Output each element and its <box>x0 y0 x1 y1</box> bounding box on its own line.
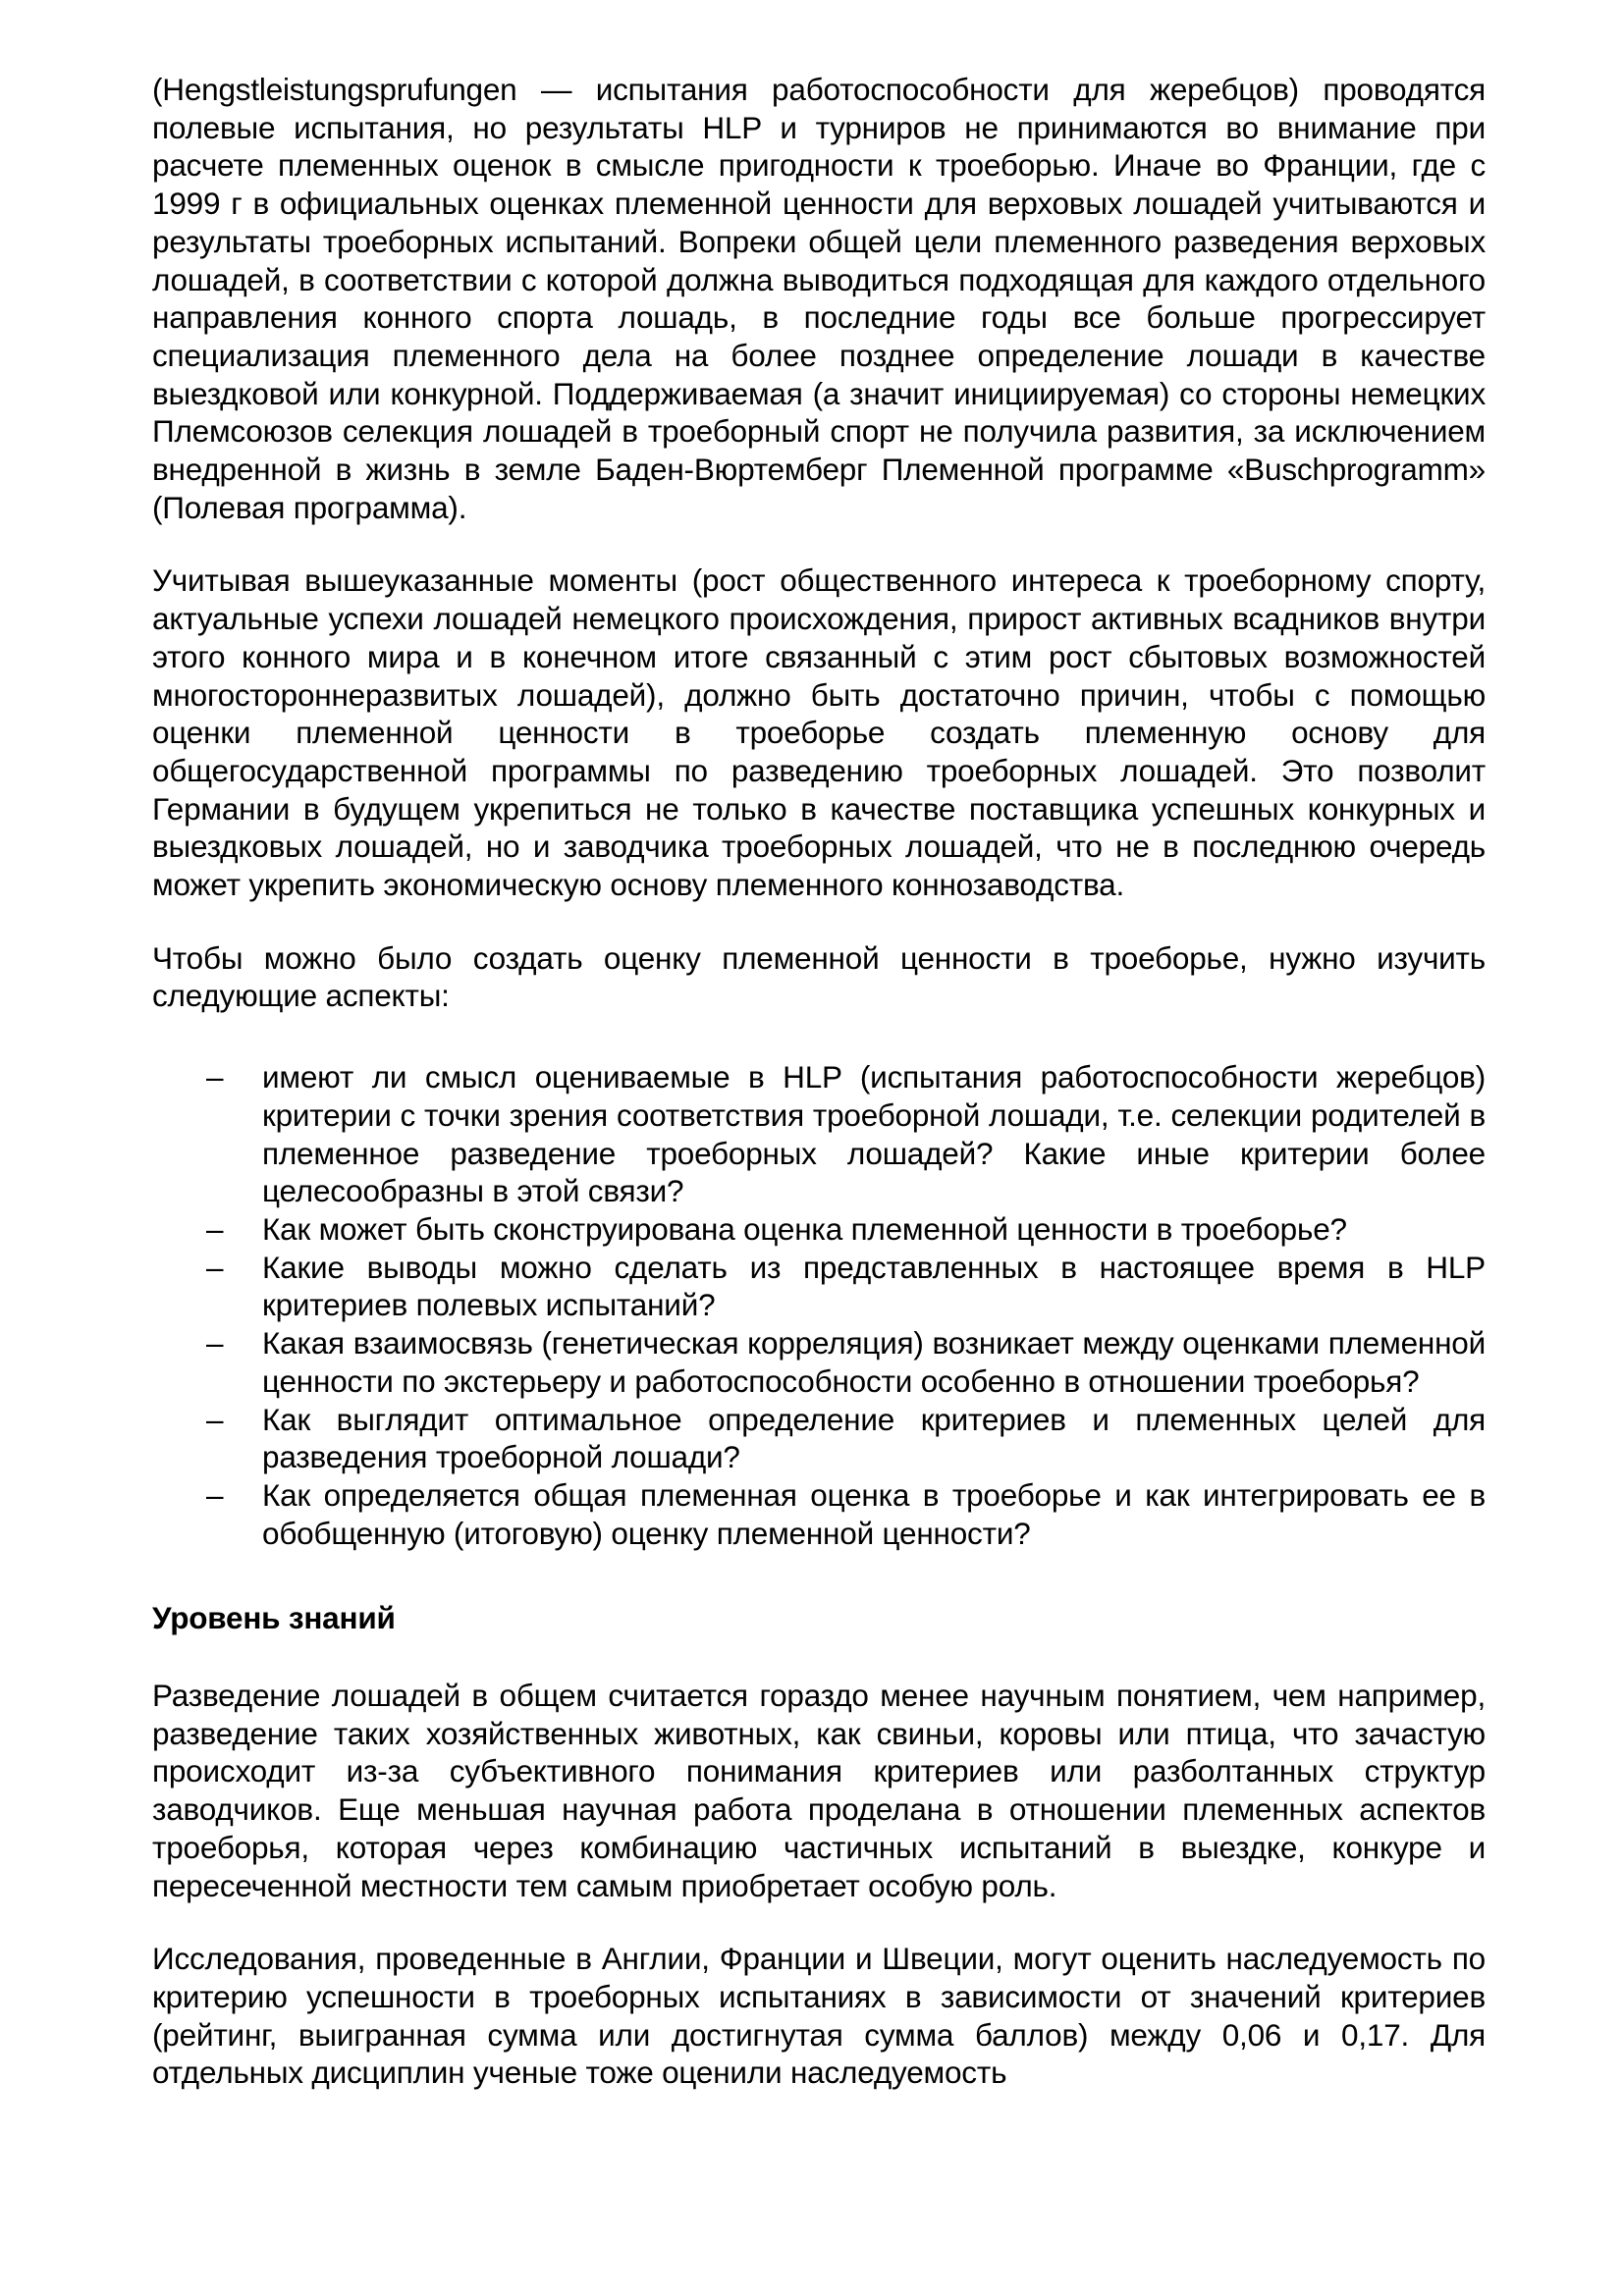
paragraph-research: Исследования, проведенные в Англии, Фран… <box>152 1940 1486 2092</box>
list-item-text: Как выглядит оптимальное определение кри… <box>262 1401 1486 1476</box>
list-item-text: Как определяется общая племенная оценка … <box>262 1476 1486 1552</box>
dash-bullet-marker: – <box>206 1401 262 1476</box>
section-heading-knowledge-level: Уровень знаний <box>152 1599 1486 1637</box>
list-item: – имеют ли смысл оцениваемые в HLP (испы… <box>152 1058 1486 1210</box>
dash-bullet-marker: – <box>206 1324 262 1400</box>
dash-bullet-marker: – <box>206 1476 262 1552</box>
list-item-text: Какие выводы можно сделать из представле… <box>262 1249 1486 1324</box>
list-item: – Как определяется общая племенная оценк… <box>152 1476 1486 1552</box>
list-item-text: имеют ли смысл оцениваемые в HLP (испыта… <box>262 1058 1486 1210</box>
aspects-list: – имеют ли смысл оцениваемые в HLP (испы… <box>152 1058 1486 1552</box>
document-page: (Hengstleistungsprufungen — испытания ра… <box>0 0 1623 2296</box>
paragraph-motivation: Учитывая вышеуказанные моменты (рост общ… <box>152 561 1486 903</box>
list-item: – Как выглядит оптимальное определение к… <box>152 1401 1486 1476</box>
list-item: – Какие выводы можно сделать из представ… <box>152 1249 1486 1324</box>
dash-bullet-marker: – <box>206 1210 262 1249</box>
paragraph-aspects-intro: Чтобы можно было создать оценку племенно… <box>152 939 1486 1015</box>
paragraph-knowledge-level: Разведение лошадей в общем считается гор… <box>152 1677 1486 1904</box>
list-item: – Какая взаимосвязь (генетическая коррел… <box>152 1324 1486 1400</box>
list-item-text: Какая взаимосвязь (генетическая корреляц… <box>262 1324 1486 1400</box>
list-item-text: Как может быть сконструирована оценка пл… <box>262 1210 1486 1249</box>
dash-bullet-marker: – <box>206 1058 262 1210</box>
list-item: – Как может быть сконструирована оценка … <box>152 1210 1486 1249</box>
dash-bullet-marker: – <box>206 1249 262 1324</box>
paragraph-hlp-field-tests: (Hengstleistungsprufungen — испытания ра… <box>152 71 1486 526</box>
